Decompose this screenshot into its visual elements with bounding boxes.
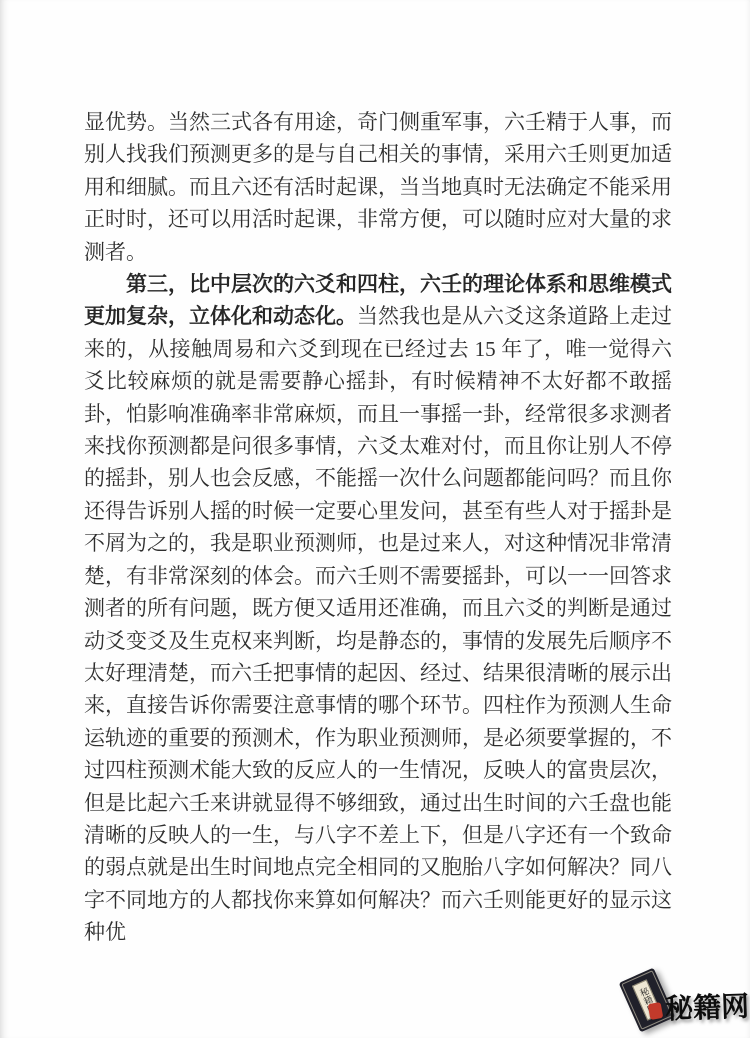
brand-text: 秘籍网 (664, 985, 749, 1028)
watermark-mijiwang: 秘籍网 秘籍网 (618, 956, 750, 1038)
paragraph-body-text: 当然我也是从六爻这条道路上走过来的，从接触周易和六爻到现在已经过去 15 年了，… (84, 304, 672, 944)
text-column: 显优势。当然三式各有用途，奇门侧重军事，六壬精于人事，而别人找我们预测更多的是与… (84, 106, 672, 949)
paragraph-continuation: 显优势。当然三式各有用途，奇门侧重军事，六壬精于人事，而别人找我们预测更多的是与… (84, 106, 672, 268)
document-page: 显优势。当然三式各有用途，奇门侧重军事，六壬精于人事，而别人找我们预测更多的是与… (0, 0, 750, 1038)
red-seal-icon (648, 1002, 664, 1020)
paragraph-third-point: 第三，比中层次的六爻和四柱，六壬的理论体系和思维模式更加复杂，立体化和动态化。当… (84, 268, 672, 949)
